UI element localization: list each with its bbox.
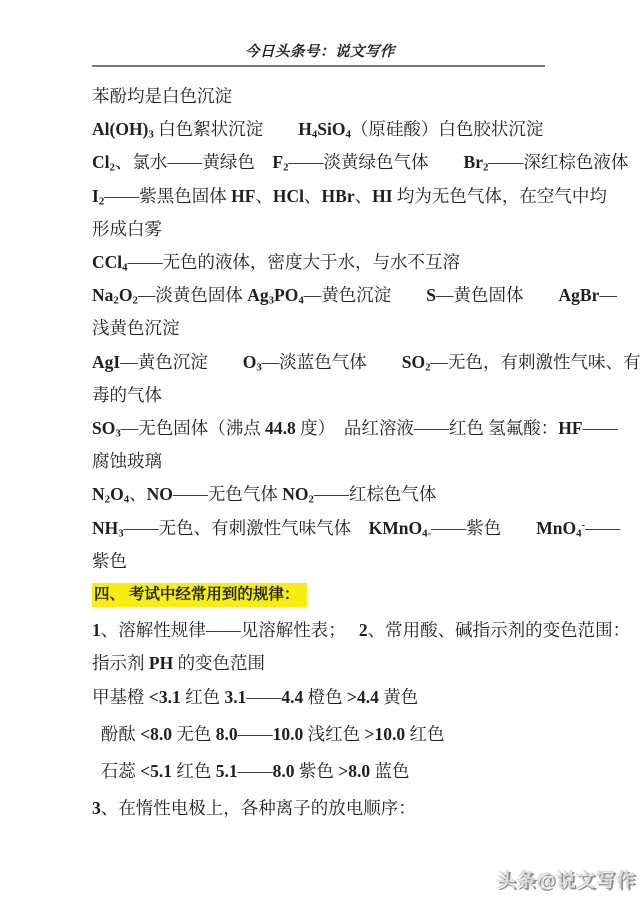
text-line: 腐蚀玻璃 xyxy=(92,445,624,478)
text-line: 甲基橙 <3.1 红色 3.1——4.4 橙色 >4.4 黄色 xyxy=(92,681,624,714)
document-body: 苯酚均是白色沉淀Al(OH)3 白色絮状沉淀 H4SiO4（原硅酸）白色胶状沉淀… xyxy=(92,80,624,825)
text-line: CCl4——无色的液体，密度大于水，与水不互溶 xyxy=(92,246,624,279)
text-line: 石蕊 <5.1 红色 5.1——8.0 紫色 >8.0 蓝色 xyxy=(92,755,624,788)
text-line: 紫色 xyxy=(92,545,624,578)
text-line: 毒的气体 xyxy=(92,379,624,412)
text-line: 3、在惰性电极上，各种离子的放电顺序： xyxy=(92,792,624,825)
watermark: 头条@说文写作 xyxy=(496,865,636,892)
header-rule xyxy=(92,65,545,67)
text-line: 形成白雾 xyxy=(92,213,624,246)
text-line: N2O4、NO——无色气体 NO2——红棕色气体 xyxy=(92,478,624,511)
text-line: 浅黄色沉淀 xyxy=(92,312,624,345)
text-line: AgI—黄色沉淀 O3—淡蓝色气体 SO2—无色，有刺激性气味、有 xyxy=(92,346,624,379)
masthead-title: 今日头条号：说文写作 xyxy=(0,40,640,61)
text-line: I2——紫黑色固体 HF、HCl、HBr、HI 均为无色气体，在空气中均 xyxy=(92,180,624,213)
document-page: 今日头条号：说文写作 苯酚均是白色沉淀Al(OH)3 白色絮状沉淀 H4SiO4… xyxy=(0,0,640,905)
text-line: SO3—无色固体（沸点 44.8 度） 品红溶液——红色 氢氟酸：HF—— xyxy=(92,412,624,445)
text-line: Na2O2—淡黄色固体 Ag3PO4—黄色沉淀 S—黄色固体 AgBr— xyxy=(92,279,624,312)
text-line: Cl2、氯水——黄绿色 F2——淡黄绿色气体 Br2——深红棕色液体 xyxy=(92,146,624,179)
text-line: 1、溶解性规律——见溶解性表； 2、常用酸、碱指示剂的变色范围： xyxy=(92,614,624,647)
text-line: 指示剂 PH 的变色范围 xyxy=(92,647,624,680)
text-line: Al(OH)3 白色絮状沉淀 H4SiO4（原硅酸）白色胶状沉淀 xyxy=(92,113,624,146)
section-heading-highlighted: 四、 考试中经常用到的规律： xyxy=(92,578,624,611)
text-line: 苯酚均是白色沉淀 xyxy=(92,80,624,113)
text-line: 酚酞 <8.0 无色 8.0——10.0 浅红色 >10.0 红色 xyxy=(92,718,624,751)
text-line: NH3——无色、有刺激性气味气体 KMnO4-——紫色 MnO4-—— xyxy=(92,512,624,545)
